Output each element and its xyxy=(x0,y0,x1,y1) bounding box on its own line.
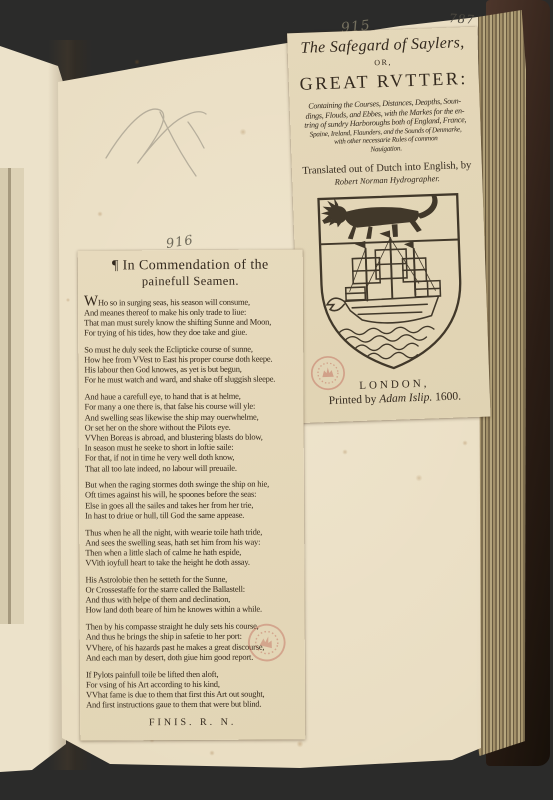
text-line: How land doth beare of him he knowes wit… xyxy=(86,604,299,615)
subtitle-block: Containing the Courses, Distances, Deapt… xyxy=(289,96,481,157)
printer-name: Adam Islip. xyxy=(379,391,432,405)
lion-passant xyxy=(320,194,438,240)
pencil-scribble-icon xyxy=(98,86,220,186)
poem-slip: ¶ In Commendation of the painefull Seame… xyxy=(78,249,306,740)
poem-stanza-6: His Astrolobie then he setteth for the S… xyxy=(85,573,298,615)
title-page-slip: The Safegard of Saylers, OR, GREAT RVTTE… xyxy=(287,27,490,423)
text-line: That man must surely know the shifting S… xyxy=(84,316,297,327)
text-line: But when the raging stormes doth swinge … xyxy=(85,479,298,490)
poem-stanza-1: WHo so in surging seas, his season will … xyxy=(84,295,297,338)
verso-mounted-item-edge xyxy=(0,168,24,624)
imprint-year: 1600. xyxy=(432,390,461,403)
imprint-prefix: Printed by xyxy=(329,393,380,407)
poem-stanza-8: If Pylots painfull toile be lifted then … xyxy=(86,668,299,710)
lion-and-ship-woodcut-icon xyxy=(306,187,476,378)
text-line: In hast to driue or hull, till God the s… xyxy=(85,509,298,520)
text-line: For he must watch and ward, and shake of… xyxy=(84,374,297,385)
text-line: For trying of his tides, how they doe ta… xyxy=(84,327,297,338)
book-photo: { "handwriting": { "top_number": "915", … xyxy=(0,0,553,800)
text-line: VVith ioyfull heart to take the height h… xyxy=(85,557,298,568)
british-museum-stamp-icon xyxy=(308,353,347,392)
poem-heading-line1: ¶ In Commendation of the xyxy=(84,257,297,274)
poem-stanza-4: But when the raging stormes doth swinge … xyxy=(85,479,298,521)
poem-stanza-5: Thus when he all the night, with wearie … xyxy=(85,526,298,568)
main-title: GREAT RVTTER: xyxy=(288,67,479,96)
finis-line: FINIS. R. N. xyxy=(86,716,299,731)
book-title: The Safegard of Saylers, xyxy=(287,34,478,59)
text-line: How hee from VVest to East his proper co… xyxy=(84,353,297,364)
poem-heading-line2: painefull Seamen. xyxy=(84,273,297,289)
british-museum-stamp-icon xyxy=(246,621,288,663)
handwritten-folio-number: 787 xyxy=(449,11,476,27)
text-line: That all too late indeed, no labour will… xyxy=(85,462,298,473)
poem-stanza-2: So must he duly seek the Eclipticke cour… xyxy=(84,343,297,385)
text-line: And first instructions gaue to them that… xyxy=(86,699,299,710)
poem-stanza-3: And haue a carefull eye, to hand that is… xyxy=(84,391,297,474)
